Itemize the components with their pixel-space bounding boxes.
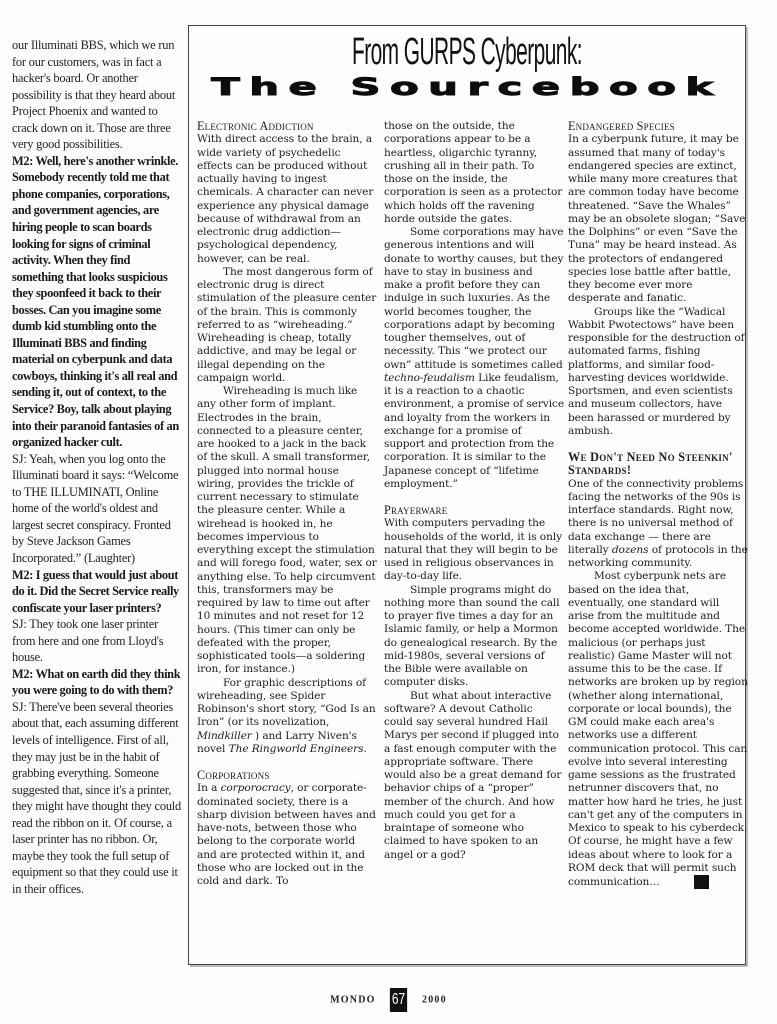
interview-answer: SJ: Yeah, when you log onto the Illumina…	[12, 451, 184, 567]
body-paragraph: For graphic descriptions of wireheading,…	[197, 677, 377, 757]
book-title: Mindkiller	[197, 730, 252, 742]
body-paragraph: With direct access to the brain, a wide …	[197, 133, 377, 266]
page-number: 67	[390, 988, 407, 1012]
section-heading-electronic-addiction: Electronic Addiction	[197, 120, 377, 133]
page-footer: MONDO 67 2000	[0, 988, 777, 1012]
interview-column: our Illuminati BBS, which we run for our…	[12, 37, 184, 897]
footer-magazine-right: 2000	[422, 994, 447, 1005]
text-run: For graphic descriptions of wireheading,…	[197, 677, 376, 729]
body-paragraph: But what about interactive software? A d…	[384, 690, 564, 862]
body-paragraph: In a corporocracy, or corporate-dominate…	[197, 782, 377, 888]
interview-answer: SJ: There've been several theories about…	[12, 699, 184, 898]
book-title: The Ringworld Engineers	[229, 743, 364, 755]
section-heading-endangered-species: Endangered Species	[568, 120, 748, 133]
body-paragraph: Wireheading is much like any other form …	[197, 385, 377, 677]
interview-question: M2: Well, here's another wrinkle. Somebo…	[12, 153, 184, 451]
footer-magazine-left: MONDO	[330, 994, 375, 1005]
emphasis: dozens	[612, 544, 649, 556]
body-paragraph: those on the outside, the corporations a…	[384, 120, 564, 226]
body-paragraph: Most cyberpunk nets are based on the ide…	[568, 570, 748, 889]
body-paragraph: Some corporations may have generous inte…	[384, 226, 564, 491]
interview-question: M2: What on earth did they think you wer…	[12, 666, 184, 699]
body-paragraph: With computers pervading the households …	[384, 517, 564, 583]
body-paragraph: One of the connectivity problems facing …	[568, 478, 748, 571]
emphasis: corporocracy	[221, 782, 291, 794]
section-heading-corporations: Corporations	[197, 769, 377, 782]
emphasis: techno-feudalism	[384, 372, 475, 384]
sidebar-column-2: those on the outside, the corporations a…	[384, 120, 564, 862]
text-run: , or corporate-dominated society, there …	[197, 782, 376, 887]
section-heading-standards: We Don't Need No Steenkin' Standards!	[568, 451, 748, 478]
interview-question: M2: I guess that would just about do it.…	[12, 567, 184, 617]
sidebar-column-3: Endangered Species In a cyberpunk future…	[568, 120, 748, 889]
section-heading-prayerware: Prayerware	[384, 504, 564, 517]
body-paragraph: The most dangerous form of electronic dr…	[197, 266, 377, 385]
mondo-end-mark-icon: M	[694, 875, 709, 889]
body-paragraph: In a cyberpunk future, it may be assumed…	[568, 133, 748, 305]
body-paragraph: Groups like the “Wadical Wabbit Pwotecto…	[568, 306, 748, 439]
sidebar-column-1: Electronic Addiction With direct access …	[197, 120, 377, 888]
sidebar-title: The Sourcebook	[92, 74, 777, 101]
text-run: Most cyberpunk nets are based on the ide…	[568, 570, 748, 888]
sourcebook-sidebar: From GURPS Cyberpunk: The Sourcebook Ele…	[188, 25, 746, 965]
text-run: In a	[197, 782, 221, 794]
sidebar-kicker: From GURPS Cyberpunk:	[314, 32, 620, 72]
text-run: Like feudalism, it is a reaction to a ch…	[384, 372, 564, 490]
text-run: Some corporations may have generous inte…	[384, 226, 563, 371]
interview-answer: SJ: They took one laser printer from her…	[12, 616, 184, 666]
body-paragraph: Simple programs might do nothing more th…	[384, 584, 564, 690]
text-run: .	[363, 743, 366, 755]
